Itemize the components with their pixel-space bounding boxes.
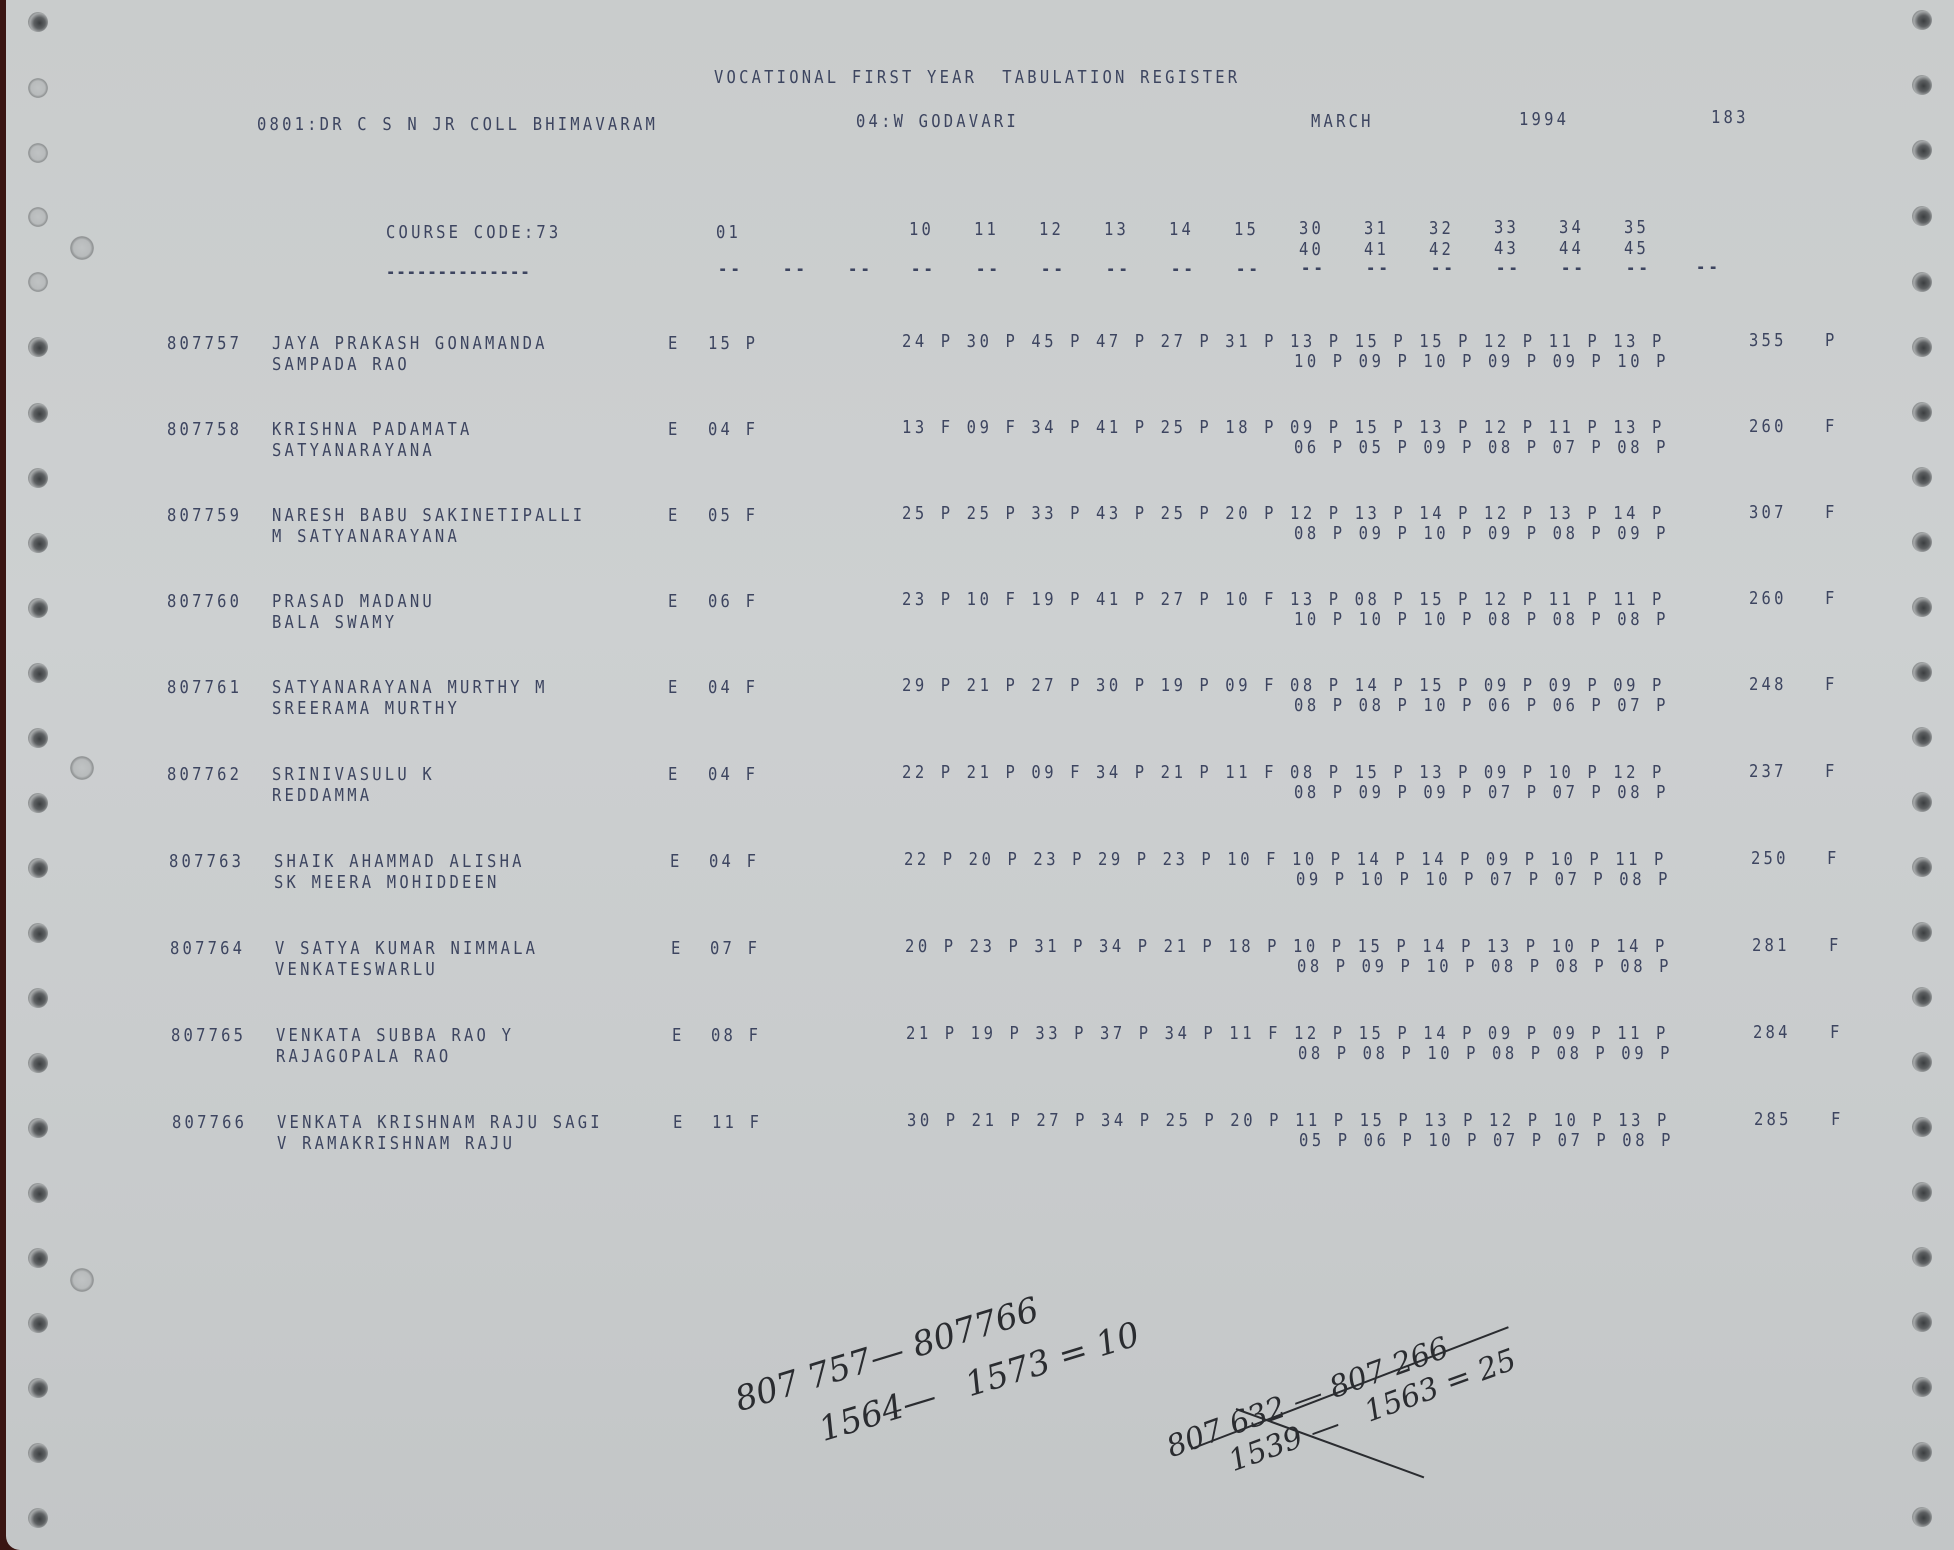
course-code-underline: --------------: [386, 261, 531, 285]
subject-col: 13: [1104, 218, 1129, 242]
roll-number: 807766: [172, 1111, 247, 1135]
medium: E: [668, 590, 681, 614]
feed-hole-icon: [28, 207, 48, 227]
parent-name: BALA SWAMY: [272, 611, 397, 635]
parent-name: RAJAGOPALA RAO: [276, 1045, 451, 1069]
medium: E: [672, 1024, 685, 1048]
subject-col: 10: [909, 218, 934, 242]
student-name: SATYANARAYANA MURTHY M: [272, 676, 548, 700]
subject-col: 34: [1559, 216, 1584, 240]
student-record: 807763 SHAIK AHAMMAD ALISHA SK MEERA MOH…: [6, 850, 1954, 910]
register-title: VOCATIONAL FIRST YEAR TABULATION REGISTE…: [714, 66, 1240, 90]
dash: --: [1626, 257, 1651, 281]
feed-hole-icon: [28, 272, 48, 292]
subject-marks-line2: 05 P 06 P 10 P 07 P 07 P 08 P: [1299, 1129, 1674, 1153]
total-marks: 284: [1753, 1021, 1791, 1045]
medium: E: [670, 850, 683, 874]
result-status: F: [1831, 1108, 1844, 1132]
dash: --: [1366, 257, 1391, 281]
student-record: 807766 VENKATA KRISHNAM RAJU SAGI V RAMA…: [6, 1111, 1954, 1171]
dash: --: [1696, 256, 1721, 280]
parent-name: SK MEERA MOHIDDEEN: [274, 871, 500, 895]
roll-number: 807761: [167, 676, 242, 700]
result-status: F: [1825, 587, 1838, 611]
tabulation-register-sheet: VOCATIONAL FIRST YEAR TABULATION REGISTE…: [6, 0, 1954, 1550]
feed-hole-icon: [1912, 10, 1932, 30]
subject-marks-line2: 08 P 09 P 09 P 07 P 07 P 08 P: [1294, 781, 1669, 805]
binder-punch-icon: [70, 236, 94, 260]
subject-01-mark: 05 F: [708, 504, 758, 528]
roll-number: 807757: [167, 332, 242, 356]
result-status: F: [1825, 415, 1838, 439]
feed-hole-icon: [28, 1248, 48, 1268]
student-name: KRISHNA PADAMATA: [272, 418, 473, 442]
student-record: 807764 V SATYA KUMAR NIMMALA VENKATESWAR…: [6, 937, 1954, 997]
student-name: SRINIVASULU K: [272, 763, 435, 787]
feed-hole-icon: [1912, 1377, 1932, 1397]
total-marks: 307: [1749, 501, 1787, 525]
parent-name: VENKATESWARLU: [275, 958, 438, 982]
result-status: F: [1825, 501, 1838, 525]
dash: --: [1301, 257, 1326, 281]
parent-name: SAMPADA RAO: [272, 353, 410, 377]
result-status: F: [1825, 760, 1838, 784]
dash: --: [848, 258, 873, 282]
feed-hole-icon: [1912, 1247, 1932, 1267]
medium: E: [668, 676, 681, 700]
medium: E: [668, 504, 681, 528]
dash: --: [976, 258, 1001, 282]
student-name: VENKATA SUBBA RAO Y: [276, 1024, 514, 1048]
subject-col: 15: [1234, 218, 1259, 242]
subject-marks-line2: 09 P 10 P 10 P 07 P 07 P 08 P: [1296, 868, 1671, 892]
subject-col: 33: [1494, 216, 1519, 240]
medium: E: [671, 937, 684, 961]
medium: E: [668, 418, 681, 442]
subject-col: 31: [1364, 217, 1389, 241]
dash: --: [1496, 257, 1521, 281]
student-name: JAYA PRAKASH GONAMANDA: [272, 332, 548, 356]
subject-01-mark: 15 P: [708, 332, 758, 356]
subject-col: 12: [1039, 218, 1064, 242]
subject-01-mark: 04 F: [709, 850, 759, 874]
feed-hole-icon: [28, 1313, 48, 1333]
dash: --: [1041, 258, 1066, 282]
parent-name: M SATYANARAYANA: [272, 525, 460, 549]
roll-number: 807760: [167, 590, 242, 614]
total-marks: 285: [1754, 1108, 1792, 1132]
dash: --: [1236, 258, 1261, 282]
total-marks: 260: [1749, 415, 1787, 439]
feed-hole-icon: [28, 12, 48, 32]
medium: E: [668, 763, 681, 787]
subject-marks-line2: 08 P 09 P 10 P 08 P 08 P 08 P: [1297, 955, 1672, 979]
student-record: 807760 PRASAD MADANU BALA SWAMY E 06 F 2…: [6, 590, 1954, 650]
medium: E: [673, 1111, 686, 1135]
subject-01-mark: 11 F: [712, 1111, 762, 1135]
subject-marks-line2: 08 P 09 P 10 P 09 P 08 P 09 P: [1294, 522, 1669, 546]
course-code-label: COURSE CODE:73: [386, 221, 561, 245]
student-record: 807758 KRISHNA PADAMATA SATYANARAYANA E …: [6, 418, 1954, 478]
result-status: F: [1829, 934, 1842, 958]
subject-marks-line2: 06 P 05 P 09 P 08 P 07 P 08 P: [1294, 436, 1669, 460]
roll-number: 807758: [167, 418, 242, 442]
result-status: F: [1825, 673, 1838, 697]
parent-name: V RAMAKRISHNAM RAJU: [277, 1132, 515, 1156]
feed-hole-icon: [1912, 1182, 1932, 1202]
feed-hole-icon: [28, 78, 48, 98]
page-number: 183: [1711, 106, 1749, 130]
feed-hole-icon: [1912, 140, 1932, 160]
result-status: F: [1827, 847, 1840, 871]
roll-number: 807759: [167, 504, 242, 528]
feed-hole-icon: [28, 143, 48, 163]
dash: --: [783, 258, 808, 282]
feed-hole-icon: [28, 1183, 48, 1203]
feed-hole-icon: [1912, 1442, 1932, 1462]
student-name: VENKATA KRISHNAM RAJU SAGI: [277, 1111, 603, 1135]
roll-number: 807763: [169, 850, 244, 874]
result-status: P: [1825, 329, 1838, 353]
subject-marks-line2: 08 P 08 P 10 P 06 P 06 P 07 P: [1294, 694, 1669, 718]
subject-col-01: 01: [716, 221, 741, 245]
parent-name: REDDAMMA: [272, 784, 372, 808]
student-record: 807765 VENKATA SUBBA RAO Y RAJAGOPALA RA…: [6, 1024, 1954, 1084]
subject-01-mark: 04 F: [708, 418, 758, 442]
feed-hole-icon: [28, 1443, 48, 1463]
roll-number: 807765: [171, 1024, 246, 1048]
subject-01-mark: 08 F: [711, 1024, 761, 1048]
district-code-name: 04:W GODAVARI: [856, 110, 1019, 134]
feed-hole-icon: [1912, 1507, 1932, 1527]
dash: --: [1431, 257, 1456, 281]
total-marks: 355: [1749, 329, 1787, 353]
subject-col: 30: [1299, 217, 1324, 241]
feed-hole-icon: [1912, 272, 1932, 292]
student-record: 807761 SATYANARAYANA MURTHY M SREERAMA M…: [6, 676, 1954, 736]
student-name: PRASAD MADANU: [272, 590, 435, 614]
medium: E: [668, 332, 681, 356]
dash: --: [718, 258, 743, 282]
subject-marks-line2: 08 P 08 P 10 P 08 P 08 P 09 P: [1298, 1042, 1673, 1066]
result-status: F: [1830, 1021, 1843, 1045]
total-marks: 250: [1751, 847, 1789, 871]
student-name: NARESH BABU SAKINETIPALLI: [272, 504, 585, 528]
student-name: V SATYA KUMAR NIMMALA: [275, 937, 538, 961]
student-record: 807762 SRINIVASULU K REDDAMMA E 04 F 22 …: [6, 763, 1954, 823]
student-record: 807757 JAYA PRAKASH GONAMANDA SAMPADA RA…: [6, 332, 1954, 392]
feed-hole-icon: [28, 1508, 48, 1528]
parent-name: SATYANARAYANA: [272, 439, 435, 463]
parent-name: SREERAMA MURTHY: [272, 697, 460, 721]
subject-col: 11: [974, 218, 999, 242]
subject-col: 35: [1624, 216, 1649, 240]
roll-number: 807762: [167, 763, 242, 787]
exam-year: 1994: [1519, 108, 1569, 132]
total-marks: 248: [1749, 673, 1787, 697]
subject-01-mark: 07 F: [710, 937, 760, 961]
dash: --: [1106, 258, 1131, 282]
total-marks: 237: [1749, 760, 1787, 784]
dash: --: [1171, 258, 1196, 282]
binder-punch-icon: [70, 1268, 94, 1292]
total-marks: 281: [1752, 934, 1790, 958]
student-record: 807759 NARESH BABU SAKINETIPALLI M SATYA…: [6, 504, 1954, 564]
student-name: SHAIK AHAMMAD ALISHA: [274, 850, 525, 874]
feed-hole-icon: [28, 1378, 48, 1398]
feed-hole-icon: [1912, 206, 1932, 226]
roll-number: 807764: [170, 937, 245, 961]
subject-col: 32: [1429, 217, 1454, 241]
subject-marks-line2: 10 P 09 P 10 P 09 P 09 P 10 P: [1294, 350, 1669, 374]
subject-01-mark: 04 F: [708, 676, 758, 700]
subject-01-mark: 04 F: [708, 763, 758, 787]
total-marks: 260: [1749, 587, 1787, 611]
subject-marks-line2: 10 P 10 P 10 P 08 P 08 P 08 P: [1294, 608, 1669, 632]
dash: --: [1561, 257, 1586, 281]
subject-01-mark: 06 F: [708, 590, 758, 614]
feed-hole-icon: [1912, 1312, 1932, 1332]
college-code-name: 0801:DR C S N JR COLL BHIMAVARAM: [257, 113, 658, 137]
exam-month: MARCH: [1311, 110, 1374, 134]
feed-hole-icon: [1912, 75, 1932, 95]
subject-col: 14: [1169, 218, 1194, 242]
dash: --: [911, 258, 936, 282]
